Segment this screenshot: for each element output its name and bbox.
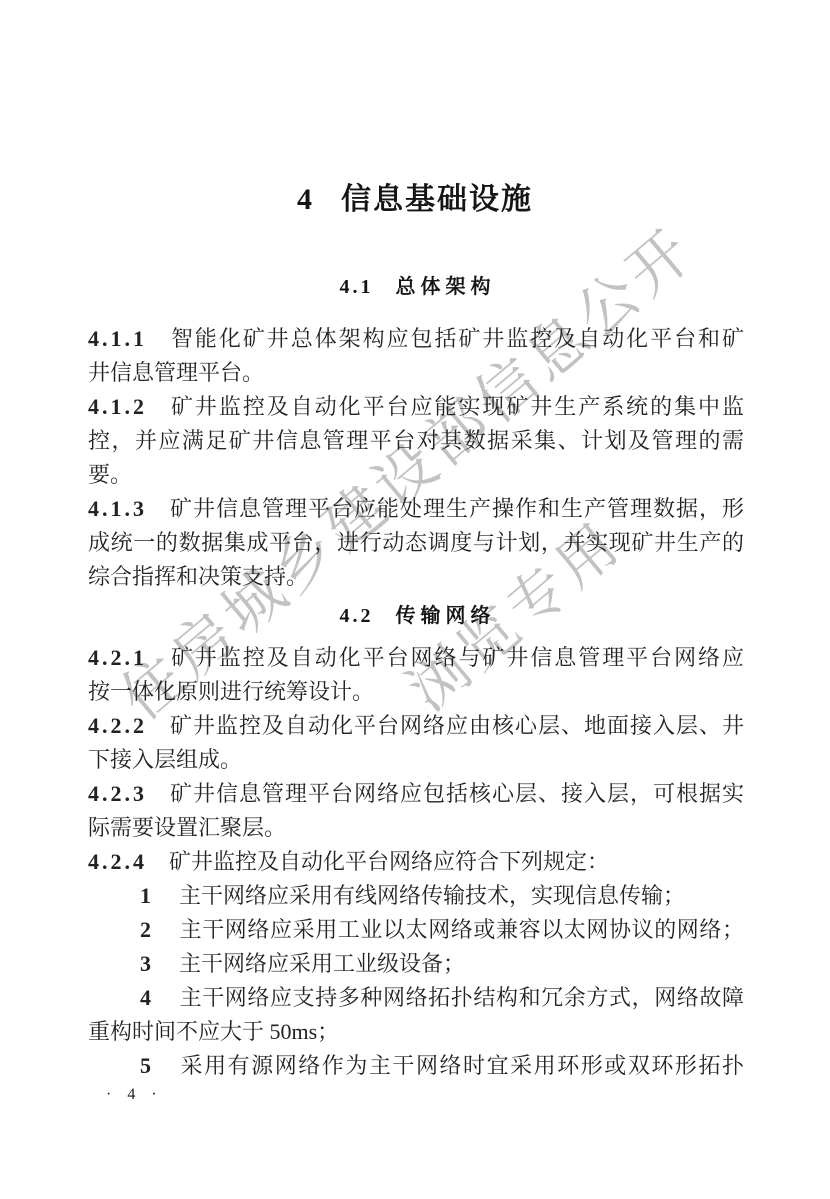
clause-text: 际需要设置汇聚层。 bbox=[88, 815, 286, 840]
clause-text: 智能化矿井总体架构应包括矿井监控及自动化平台和矿 bbox=[169, 326, 744, 351]
list-item-line: 2主干网络应采用工业以太网络或兼容以太网协议的网络； bbox=[88, 913, 744, 947]
list-item-line: 3主干网络应采用工业级设备； bbox=[88, 947, 744, 981]
clause-line: 4.1.2矿井监控及自动化平台应能实现矿井生产系统的集中监 bbox=[88, 390, 744, 424]
item-number: 3 bbox=[140, 951, 151, 976]
chapter-title: 4信息基础设施 bbox=[0, 182, 830, 218]
item-text: 主干网络应采用工业级设备； bbox=[179, 951, 465, 976]
clause-number: 4.1.1 bbox=[88, 326, 147, 351]
section-heading-4-2: 4.2传 输 网 络 bbox=[0, 601, 830, 631]
clause-text: 矿井监控及自动化平台网络应由核心层、地面接入层、井 bbox=[169, 713, 744, 738]
clause-line: 综合指挥和决策支持。 bbox=[88, 560, 744, 594]
list-item-line: 4主干网络应支持多种网络拓扑结构和冗余方式，网络故障 bbox=[88, 981, 744, 1015]
clause-text: 下接入层组成。 bbox=[88, 747, 242, 772]
clause-text: 矿井监控及自动化平台网络应符合下列规定： bbox=[169, 849, 609, 874]
clause-line: 要。 bbox=[88, 458, 744, 492]
section-number: 4.1 bbox=[340, 276, 374, 298]
clause-text: 矿井信息管理平台网络应包括核心层、接入层，可根据实 bbox=[169, 781, 744, 806]
chapter-title-text: 信息基础设施 bbox=[341, 183, 533, 216]
clause-line: 按一体化原则进行统筹设计。 bbox=[88, 675, 744, 709]
item-number: 1 bbox=[140, 883, 151, 908]
clause-line: 成统一的数据集成平台，进行动态调度与计划，并实现矿井生产的 bbox=[88, 526, 744, 560]
page-number-footer: · 4 · bbox=[106, 1086, 163, 1104]
clause-line: 4.2.1矿井监控及自动化平台网络与矿井信息管理平台网络应 bbox=[88, 641, 744, 675]
item-text: 主干网络应采用有线网络传输技术，实现信息传输； bbox=[179, 883, 685, 908]
clause-line: 井信息管理平台。 bbox=[88, 356, 744, 390]
document-page: 住房城乡建设部信息公开 浏览专用 4信息基础设施 4.1总 体 架 构 4.1.… bbox=[0, 0, 830, 1199]
clause-number: 4.2.3 bbox=[88, 781, 147, 806]
clause-line: 4.1.3矿井信息管理平台应能处理生产操作和生产管理数据，形 bbox=[88, 492, 744, 526]
clause-line: 际需要设置汇聚层。 bbox=[88, 811, 744, 845]
clause-number: 4.1.2 bbox=[88, 394, 147, 419]
item-text: 重构时间不应大于 50ms； bbox=[88, 1019, 339, 1044]
clause-text: 井信息管理平台。 bbox=[88, 360, 264, 385]
item-number: 4 bbox=[140, 985, 151, 1010]
clause-text: 矿井信息管理平台应能处理生产操作和生产管理数据，形 bbox=[169, 496, 744, 521]
clause-text: 矿井监控及自动化平台网络与矿井信息管理平台网络应 bbox=[169, 645, 744, 670]
item-text: 采用有源网络作为主干网络时宜采用环形或双环形拓扑 bbox=[179, 1053, 744, 1078]
chapter-number: 4 bbox=[297, 183, 315, 216]
list-item-line: 1主干网络应采用有线网络传输技术，实现信息传输； bbox=[88, 879, 744, 913]
clause-line: 4.2.4矿井监控及自动化平台网络应符合下列规定： bbox=[88, 845, 744, 879]
clause-line: 4.1.1智能化矿井总体架构应包括矿井监控及自动化平台和矿 bbox=[88, 322, 744, 356]
clause-line: 4.2.2矿井监控及自动化平台网络应由核心层、地面接入层、井 bbox=[88, 709, 744, 743]
clause-text: 矿井监控及自动化平台应能实现矿井生产系统的集中监 bbox=[169, 394, 744, 419]
clause-text: 综合指挥和决策支持。 bbox=[88, 564, 308, 589]
clause-text: 要。 bbox=[88, 462, 132, 487]
clause-number: 4.2.1 bbox=[88, 645, 147, 670]
item-text: 主干网络应采用工业以太网络或兼容以太网协议的网络； bbox=[179, 917, 744, 942]
section-number: 4.2 bbox=[340, 605, 374, 627]
clause-line: 4.2.3矿井信息管理平台网络应包括核心层、接入层，可根据实 bbox=[88, 777, 744, 811]
clause-line: 下接入层组成。 bbox=[88, 743, 744, 777]
list-item-line: 重构时间不应大于 50ms； bbox=[88, 1015, 744, 1049]
section-title: 总 体 架 构 bbox=[396, 276, 491, 298]
section-title: 传 输 网 络 bbox=[396, 605, 491, 627]
clause-number: 4.2.2 bbox=[88, 713, 147, 738]
clause-number: 4.2.4 bbox=[88, 849, 147, 874]
item-number: 2 bbox=[140, 917, 151, 942]
clause-text: 按一体化原则进行统筹设计。 bbox=[88, 679, 374, 704]
list-item-line: 5采用有源网络作为主干网络时宜采用环形或双环形拓扑 bbox=[88, 1049, 744, 1083]
item-text: 主干网络应支持多种网络拓扑结构和冗余方式，网络故障 bbox=[179, 985, 744, 1010]
section-heading-4-1: 4.1总 体 架 构 bbox=[0, 272, 830, 302]
clause-text: 控，并应满足矿井信息管理平台对其数据采集、计划及管理的需 bbox=[88, 428, 744, 453]
clause-text: 成统一的数据集成平台，进行动态调度与计划，并实现矿井生产的 bbox=[88, 530, 744, 555]
item-number: 5 bbox=[140, 1053, 151, 1078]
clause-number: 4.1.3 bbox=[88, 496, 147, 521]
clause-line: 控，并应满足矿井信息管理平台对其数据采集、计划及管理的需 bbox=[88, 424, 744, 458]
